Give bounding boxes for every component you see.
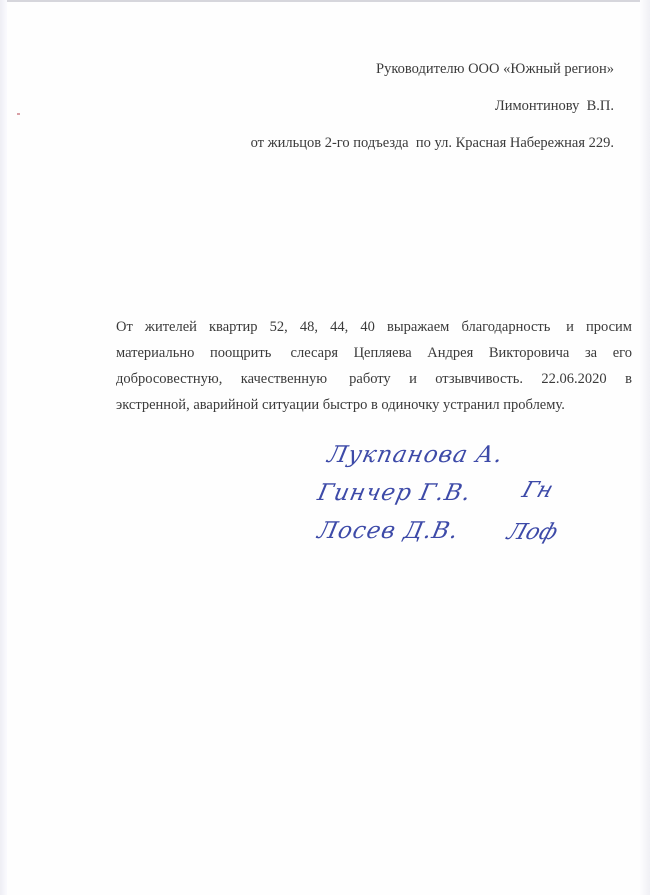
body-line-1: От жителей квартир 52, 48, 44, 40 выража…: [116, 314, 632, 340]
body-line-2: материально поощрить слесаря Цепляева Ан…: [116, 340, 632, 366]
body-line-3: добросовестную, качественную работу и от…: [116, 366, 632, 392]
scan-artifact-mark: [17, 113, 20, 115]
word: его: [613, 340, 632, 366]
recipient-name: Лимонтинову В.П.: [495, 98, 614, 115]
signature-name-2: Гинчер Г.В.: [315, 480, 473, 506]
word: просим: [586, 314, 632, 340]
word: Цепляева: [354, 340, 412, 366]
word: квартир: [209, 314, 258, 340]
document-page: Руководителю ООО «Южный регион» Лимонтин…: [0, 0, 650, 895]
word: От: [116, 314, 133, 340]
word: 52,: [270, 314, 288, 340]
signature-mark-3: Лоф: [504, 520, 561, 545]
date-value: 22.06.2020: [541, 366, 606, 392]
scan-edge-right: [640, 0, 650, 895]
word: работу: [346, 366, 391, 392]
signature-mark-2: Гн: [519, 478, 556, 503]
recipient-position: Руководителю ООО «Южный регион»: [376, 61, 614, 78]
word: добросовестную,: [116, 366, 222, 392]
word: и: [409, 366, 417, 392]
word: качественную: [241, 366, 327, 392]
word: 44,: [330, 314, 348, 340]
signature-name-1: Лукпанова А.: [325, 442, 505, 468]
word: жителей: [145, 314, 197, 340]
word: слесаря: [287, 340, 338, 366]
word: в: [625, 366, 632, 392]
word: Андрея: [427, 340, 473, 366]
word: благодарность: [461, 314, 550, 340]
word: Викторовича: [489, 340, 570, 366]
scan-edge-left: [0, 0, 7, 895]
word: за: [585, 340, 597, 366]
letter-body: От жителей квартир 52, 48, 44, 40 выража…: [116, 314, 632, 418]
body-line-4: экстренной, аварийной ситуации быстро в …: [116, 392, 632, 418]
word: выражаем: [387, 314, 449, 340]
word: отзывчивость.: [435, 366, 523, 392]
signature-name-3: Лосев Д.В.: [315, 518, 461, 544]
word: поощрить: [210, 340, 271, 366]
word: материально: [116, 340, 194, 366]
sender-line: от жильцов 2-го подъезда по ул. Красная …: [251, 135, 614, 152]
scan-edge-top: [0, 0, 650, 2]
signatures-block: Лукпанова А. Гинчер Г.В. Лосев Д.В. Гн Л…: [318, 442, 598, 562]
word: 48,: [300, 314, 318, 340]
word: 40: [360, 314, 375, 340]
word: и: [562, 314, 573, 340]
